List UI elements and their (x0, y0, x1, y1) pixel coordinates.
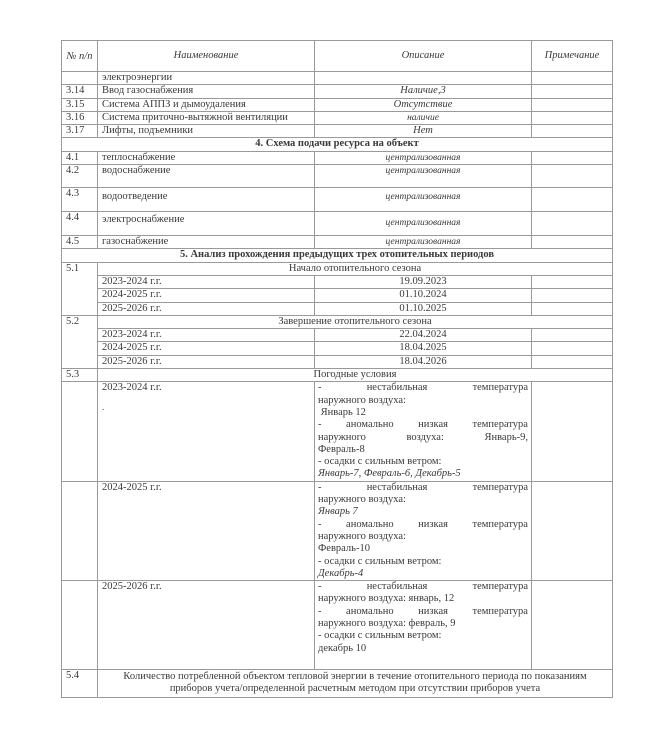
row-name: Система приточно-вытяжной вентиляции (98, 111, 315, 124)
row-num: 4.1 (62, 151, 98, 164)
table-row: 4.3 водоотведение централизованная (62, 188, 613, 212)
row-num: 5.4 (62, 669, 98, 698)
empty-num-cell (62, 581, 98, 670)
empty-num-cell (62, 382, 98, 481)
weather-line: -нестабильнаятемпература (318, 382, 528, 394)
row-num: 5.3 (62, 369, 98, 382)
row-note (532, 165, 613, 188)
weather-line: - осадки с сильным ветром: (318, 456, 528, 468)
row-name: водоотведение (98, 188, 315, 212)
row-note (532, 275, 613, 288)
weather-line: -нестабильнаятемпература (318, 482, 528, 494)
row-name: Лифты, подъемники (98, 125, 315, 138)
row-num: 4.4 (62, 212, 98, 236)
row-period: 2023-2024 г.г. (98, 329, 315, 342)
stray-mark: . (102, 401, 310, 413)
row-note (532, 342, 613, 355)
weather-line: наружного воздуха: (318, 494, 528, 506)
row-num: 4.3 (62, 188, 98, 212)
weather-line: наружного воздуха: февраль, 9 (318, 618, 528, 630)
row-description: централизованная (315, 151, 532, 164)
row-date: 01.10.2024 (315, 289, 532, 302)
weather-line: Декабрь-4 (318, 568, 528, 580)
row-num: 3.14 (62, 85, 98, 98)
table-header-row: № п/п Наименование Описание Примечание (62, 41, 613, 72)
weather-line: Январь 7 (318, 506, 528, 518)
row-name: водоснабжение (98, 165, 315, 188)
row-note (532, 111, 613, 124)
row-note (532, 151, 613, 164)
facility-table: № п/п Наименование Описание Примечание э… (61, 40, 613, 698)
row-num (62, 72, 98, 85)
row-num: 4.2 (62, 165, 98, 188)
row-period: 2024-2025 г.г. (98, 481, 315, 580)
row-name: электроснабжение (98, 212, 315, 236)
weather-line: декабрь 10 (318, 643, 528, 655)
row-description: централизованная (315, 165, 532, 188)
row-note (532, 289, 613, 302)
weather-line: Январь 12 (318, 407, 528, 419)
row-description: централизованная (315, 212, 532, 236)
header-note: Примечание (532, 41, 613, 72)
weather-line: -аномальнонизкаятемпература (318, 606, 528, 618)
row-description: Отсутствие (315, 98, 532, 111)
row-note (532, 481, 613, 580)
weather-row: 2025-2026 г.г. -нестабильнаятемпература … (62, 581, 613, 670)
merged-num-cell (62, 302, 98, 315)
table-row: 2023-2024 г.г. 22.04.2024 (62, 329, 613, 342)
section-4-header: 4. Схема подачи ресурса на объект (62, 138, 613, 151)
weather-line: Январь-7, Февраль-6, Декабрь-5 (318, 468, 528, 480)
row-num: 4.5 (62, 236, 98, 249)
table-row: 2024-2025 г.г. 01.10.2024 (62, 289, 613, 302)
row-date: 19.09.2023 (315, 275, 532, 288)
row-period: 2024-2025 г.г. (98, 289, 315, 302)
subsection-title: Погодные условия (98, 369, 613, 382)
subsection-title: Завершение отопительного сезона (98, 315, 613, 328)
row-period: 2024-2025 г.г. (98, 342, 315, 355)
table-row: 2024-2025 г.г. 18.04.2025 (62, 342, 613, 355)
table-row: 3.15 Система АППЗ и дымоудаления Отсутст… (62, 98, 613, 111)
row-period: 2025-2026 г.г. (98, 581, 315, 670)
row-description: централизованная (315, 236, 532, 249)
row-name: газоснабжение (98, 236, 315, 249)
row-num: 3.17 (62, 125, 98, 138)
section-5-header: 5. Анализ прохождения предыдущих трех от… (62, 249, 613, 262)
row-date: 01.10.2025 (315, 302, 532, 315)
row-name: Ввод газоснабжения (98, 85, 315, 98)
row-name: электроэнергии (98, 72, 315, 85)
subsection-5-4: 5.4 Количество потребленной объектом теп… (62, 669, 613, 698)
row-period: 2025-2026 г.г. (98, 355, 315, 368)
row-name: теплоснабжение (98, 151, 315, 164)
section-title: 4. Схема подачи ресурса на объект (62, 138, 613, 151)
merged-num-cell (62, 275, 98, 288)
row-description (315, 72, 532, 85)
row-period: 2025-2026 г.г. (98, 302, 315, 315)
row-date: 18.04.2026 (315, 355, 532, 368)
weather-line: наружного воздуха: (318, 395, 528, 407)
row-note (532, 125, 613, 138)
row-note (532, 302, 613, 315)
merged-num-cell (62, 355, 98, 368)
weather-line: наружного воздуха: (318, 531, 528, 543)
weather-line: - осадки с сильным ветром: (318, 556, 528, 568)
subsection-5-2: 5.2 Завершение отопительного сезона (62, 315, 613, 328)
row-note (532, 236, 613, 249)
weather-line: -аномальнонизкаятемпература (318, 519, 528, 531)
weather-description: -нестабильнаятемпература наружного возду… (315, 581, 532, 670)
subsection-title: Начало отопительного сезона (98, 262, 613, 275)
row-period: 2023-2024 г.г. (98, 275, 315, 288)
weather-line: наружного воздуха: январь, 12 (318, 593, 528, 605)
document-page: № п/п Наименование Описание Примечание э… (61, 40, 612, 698)
table-row: 2025-2026 г.г. 01.10.2025 (62, 302, 613, 315)
consumption-text: Количество потребленной объектом теплово… (98, 669, 613, 698)
table-row: электроэнергии (62, 72, 613, 85)
table-row: 4.4 электроснабжение централизованная (62, 212, 613, 236)
row-note (532, 355, 613, 368)
row-num: 3.15 (62, 98, 98, 111)
header-description: Описание (315, 41, 532, 72)
table-row: 4.2 водоснабжение централизованная (62, 165, 613, 188)
table-row: 3.17 Лифты, подъемники Нет (62, 125, 613, 138)
row-description: Нет (315, 125, 532, 138)
row-note (532, 329, 613, 342)
table-row: 3.14 Ввод газоснабжения Наличие,3 (62, 85, 613, 98)
row-note (532, 581, 613, 670)
merged-num-cell (62, 329, 98, 342)
row-note (532, 72, 613, 85)
table-row: 4.1 теплоснабжение централизованная (62, 151, 613, 164)
merged-num-cell (62, 289, 98, 302)
row-date: 22.04.2024 (315, 329, 532, 342)
row-note (532, 212, 613, 236)
weather-row: 2023-2024 г.г. . -нестабильнаятемператур… (62, 382, 613, 481)
weather-line: -нестабильнаятемпература (318, 581, 528, 593)
row-num: 5.1 (62, 262, 98, 275)
merged-num-cell (62, 342, 98, 355)
table-row: 2023-2024 г.г. 19.09.2023 (62, 275, 613, 288)
row-note (532, 85, 613, 98)
subsection-5-1: 5.1 Начало отопительного сезона (62, 262, 613, 275)
weather-line: Февраль-10 (318, 543, 528, 555)
header-name: Наименование (98, 41, 315, 72)
header-num: № п/п (62, 41, 98, 72)
weather-line: Февраль-8 (318, 444, 528, 456)
row-description: Наличие,3 (315, 85, 532, 98)
weather-row: 2024-2025 г.г. -нестабильнаятемпература … (62, 481, 613, 580)
section-title: 5. Анализ прохождения предыдущих трех от… (62, 249, 613, 262)
subsection-5-3: 5.3 Погодные условия (62, 369, 613, 382)
table-row: 4.5 газоснабжение централизованная (62, 236, 613, 249)
empty-num-cell (62, 481, 98, 580)
weather-line: -аномальнонизкаятемпература (318, 419, 528, 431)
weather-description: -нестабильнаятемпература наружного возду… (315, 481, 532, 580)
row-name: Система АППЗ и дымоудаления (98, 98, 315, 111)
table-row: 2025-2026 г.г. 18.04.2026 (62, 355, 613, 368)
row-note (532, 188, 613, 212)
row-num: 5.2 (62, 315, 98, 328)
row-note (532, 382, 613, 481)
weather-description: -нестабильнаятемпература наружного возду… (315, 382, 532, 481)
row-description: централизованная (315, 188, 532, 212)
row-date: 18.04.2025 (315, 342, 532, 355)
weather-line: наружноговоздуха:Январь-9, (318, 432, 528, 444)
row-description: наличие (315, 111, 532, 124)
row-num: 3.16 (62, 111, 98, 124)
period-label: 2023-2024 г.г. (102, 382, 162, 393)
row-period: 2023-2024 г.г. . (98, 382, 315, 481)
table-row: 3.16 Система приточно-вытяжной вентиляци… (62, 111, 613, 124)
row-note (532, 98, 613, 111)
weather-line: - осадки с сильным ветром: (318, 630, 528, 642)
